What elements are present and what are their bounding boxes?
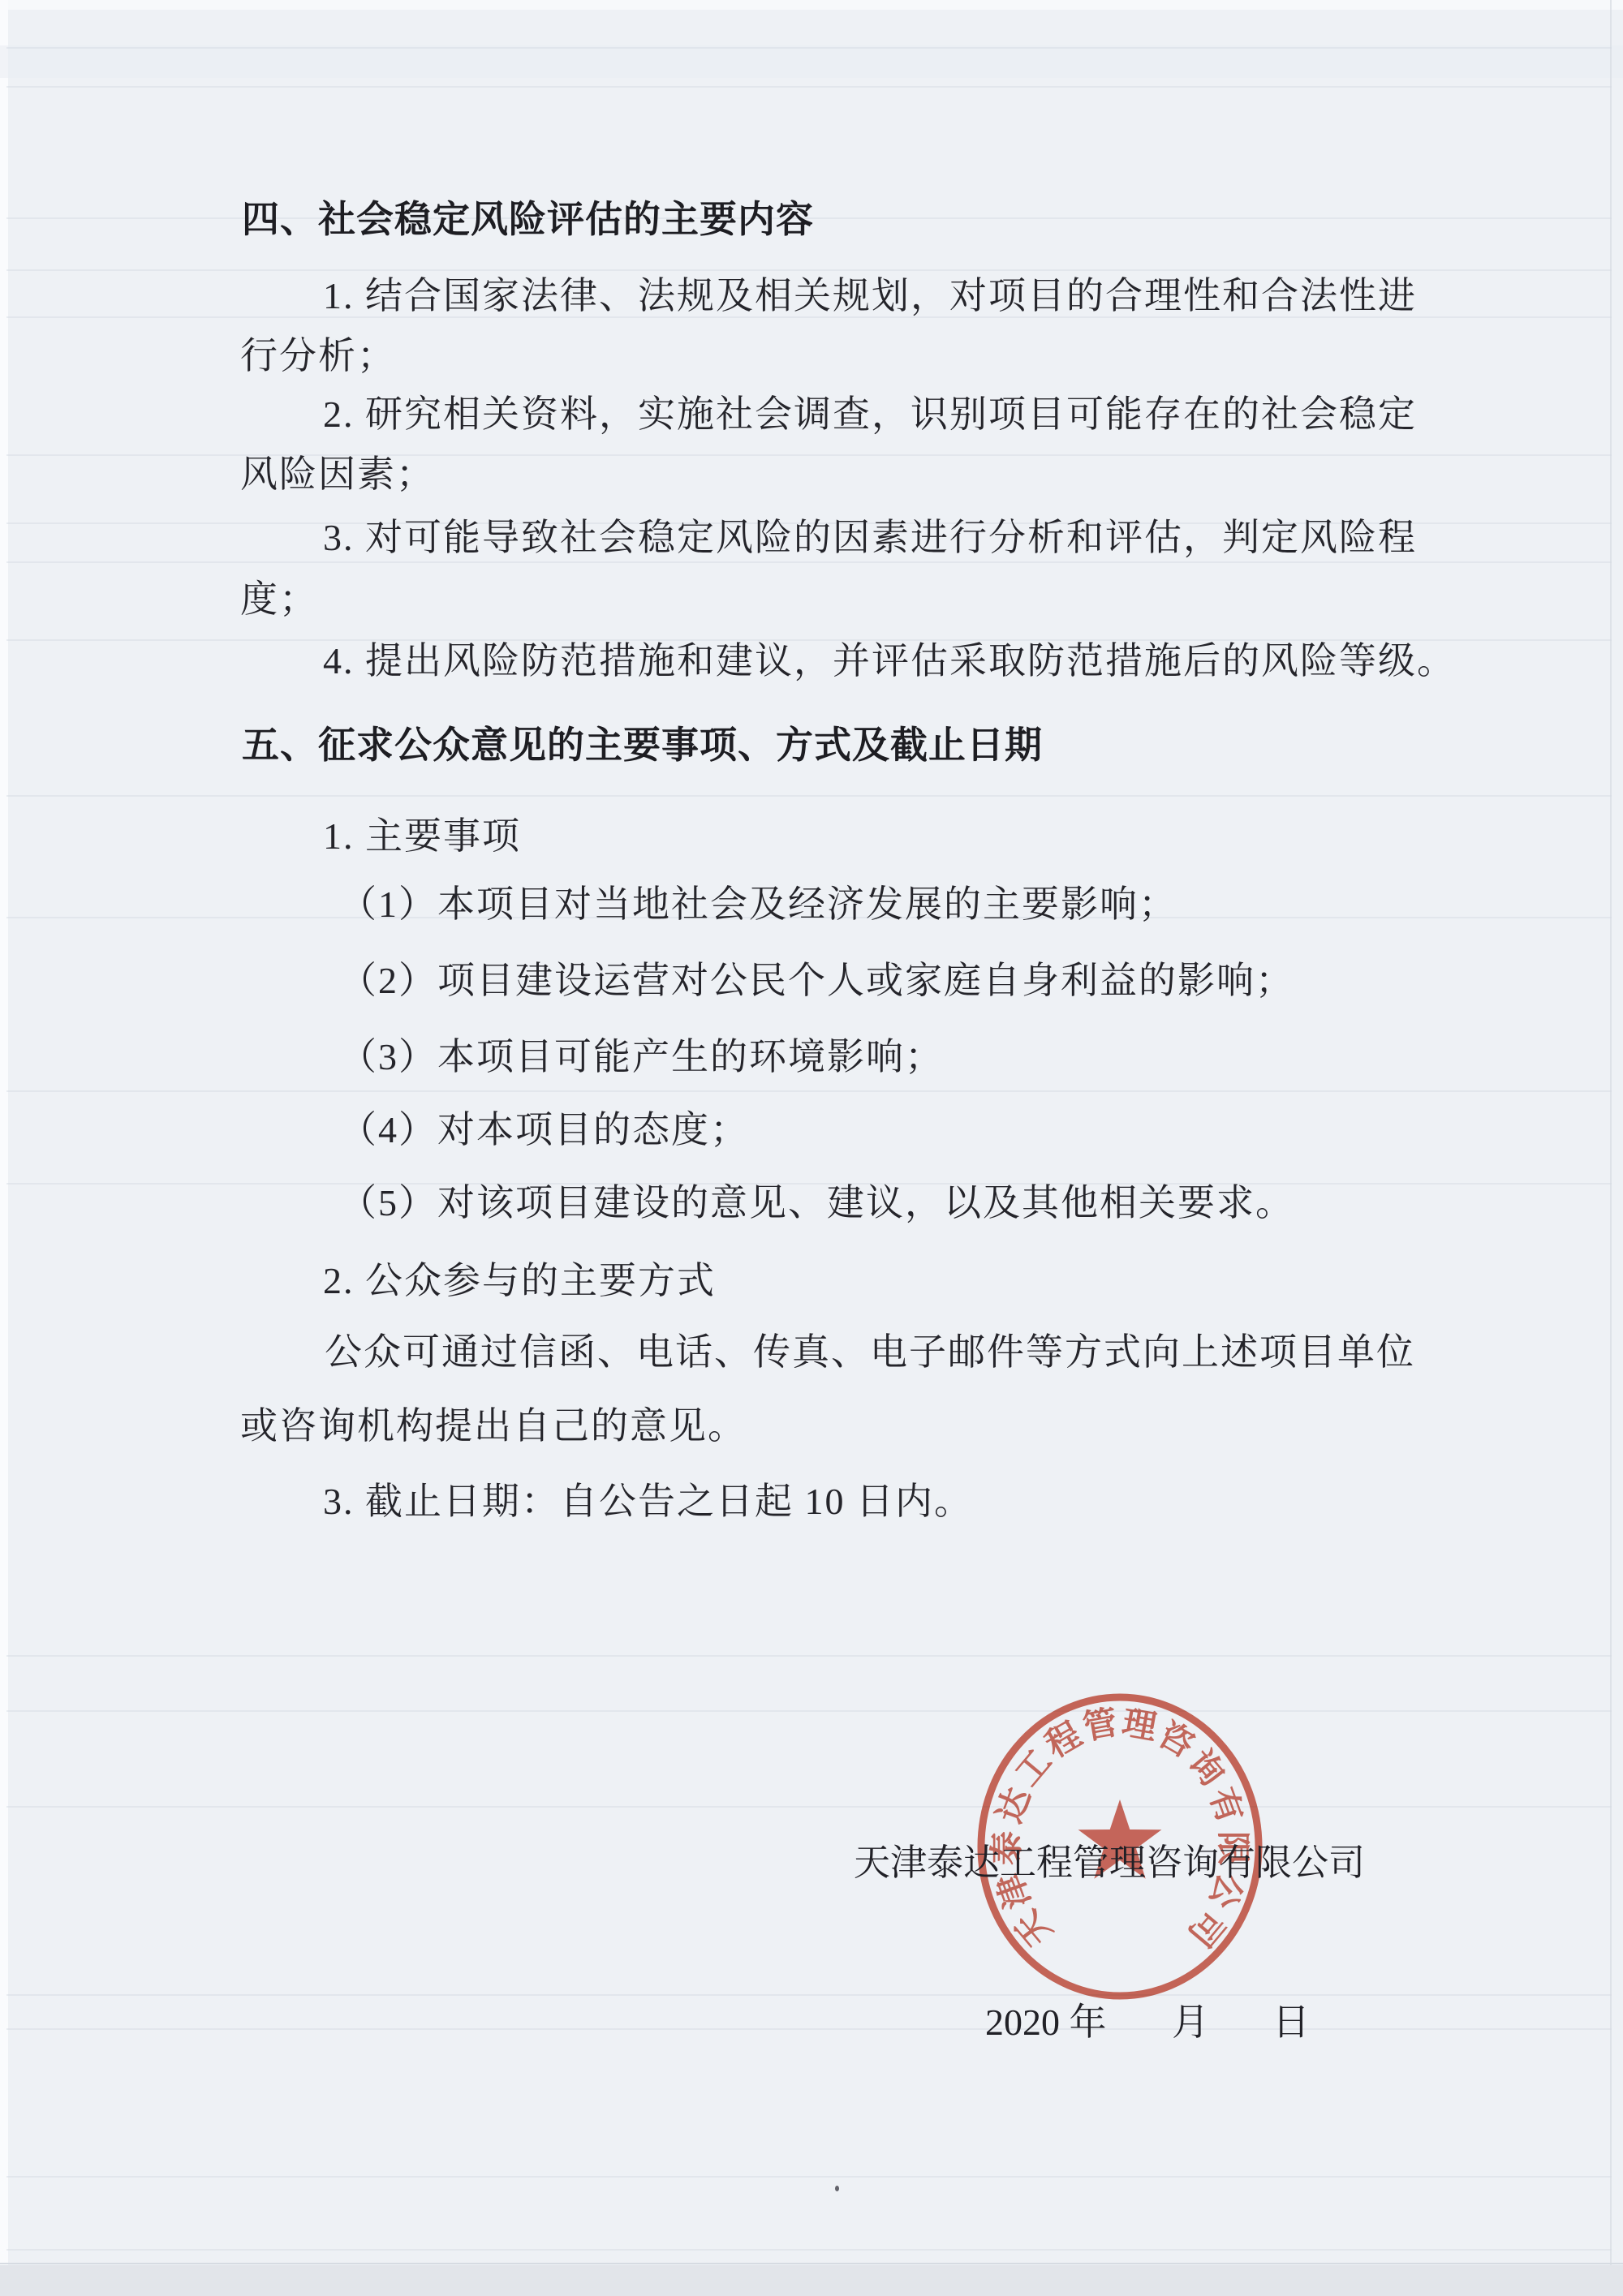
scan-line (6, 561, 1612, 563)
scan-line (6, 1655, 1612, 1657)
section4-heading: 四、社会稳定风险评估的主要内容 (242, 201, 814, 239)
section5-main-matters-title: 1. 主要事项 (323, 818, 521, 855)
scan-band (0, 45, 1623, 78)
scan-edge-top (0, 0, 1623, 10)
scan-edge-left (0, 0, 8, 2296)
scan-line (6, 1090, 1612, 1092)
section5-matter-3: （3）本项目可能产生的环境影响； (339, 1038, 944, 1076)
scan-line (6, 1710, 1612, 1712)
scan-line (6, 1994, 1612, 1996)
scan-line (6, 1806, 1612, 1808)
section5-matter-1: （1）本项目对当地社会及经济发展的主要影响； (339, 886, 1177, 923)
scan-line (6, 795, 1612, 797)
section4-item3-line1: 3. 对可能导致社会稳定风险的因素进行分析和评估，判定风险程 (323, 519, 1417, 557)
scan-line (6, 316, 1612, 318)
section4-item2-line2: 风险因素； (240, 456, 435, 493)
scan-line (6, 2028, 1612, 2030)
signature-company-name: 天津泰达工程管理咨询有限公司 (854, 1845, 1365, 1881)
section5-matter-5: （5）对该项目建设的意见、建议，以及其他相关要求。 (339, 1185, 1294, 1222)
section4-item4-line1: 4. 提出风险防范措施和建议，并评估采取防范措施后的风险等级。 (323, 643, 1456, 680)
signature-date-day: 日 (1272, 2004, 1310, 2041)
scan-line (6, 86, 1612, 88)
section5-matter-2: （2）项目建设运营对公民个人或家庭自身利益的影响； (339, 962, 1294, 1000)
section4-item1-line1: 1. 结合国家法律、法规及相关规划，对项目的合理性和合法性进 (323, 277, 1417, 315)
scan-speck (835, 2186, 839, 2191)
section5-participation-line1: 公众可通过信函、电话、传真、电子邮件等方式向上述项目单位 (325, 1334, 1415, 1371)
scan-line (6, 269, 1612, 271)
section4-item3-line2: 度； (240, 581, 318, 618)
signature-date-year: 2020 年 (985, 2004, 1107, 2041)
section5-participation-line2: 或咨询机构提出自己的意见。 (240, 1408, 747, 1445)
section5-heading: 五、征求公众意见的主要事项、方式及截止日期 (242, 727, 1043, 764)
section4-item1-line2: 行分析； (240, 338, 396, 375)
svg-text:理: 理 (1119, 1705, 1159, 1748)
scanned-document-page: 四、社会稳定风险评估的主要内容 1. 结合国家法律、法规及相关规划，对项目的合理… (0, 0, 1623, 2296)
svg-text:达: 达 (991, 1783, 1039, 1829)
signature-date-month: 月 (1172, 2004, 1209, 2041)
section4-item2-line1: 2. 研究相关资料，实施社会调查，识别项目可能存在的社会稳定 (323, 396, 1417, 433)
scan-line (6, 2176, 1612, 2178)
scan-edge-bottom (0, 2265, 1623, 2296)
svg-text:管: 管 (1080, 1704, 1121, 1748)
scan-edge-bottom-line (0, 2263, 1623, 2264)
svg-text:有: 有 (1202, 1783, 1250, 1829)
scan-line (6, 2249, 1612, 2251)
scan-edge-right (1610, 0, 1612, 2296)
section5-matter-4: （4）对本项目的态度； (339, 1111, 749, 1149)
section5-deadline-line: 3. 截止日期：自公告之日起 10 日内。 (323, 1483, 973, 1520)
section5-participation-title: 2. 公众参与的主要方式 (323, 1262, 716, 1300)
